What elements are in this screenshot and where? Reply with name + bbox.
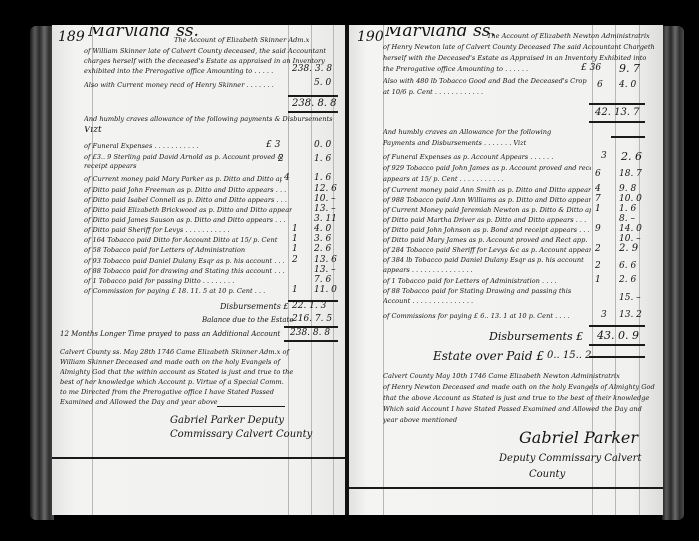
intro-line: The Account of Elizabeth Skinner Adm.x bbox=[174, 36, 309, 45]
pence-column-rule bbox=[639, 25, 640, 515]
total-rule bbox=[284, 340, 338, 342]
entry-shillings-pence: 11. 0 bbox=[314, 285, 337, 295]
intro-line: The Account of Elizabeth Newton Administ… bbox=[487, 32, 657, 41]
page-heading: Maryland ss. bbox=[385, 27, 496, 36]
total-rule bbox=[589, 344, 645, 346]
intro-amount: 5. 0 bbox=[314, 78, 331, 88]
entry-text: of 1 Tobacco paid for Letters of Adminis… bbox=[383, 277, 591, 286]
ledger-book-scan: 189 Maryland ss. The Account of Elizabet… bbox=[0, 0, 699, 541]
entry-shillings-pence: 1. 6 bbox=[314, 173, 331, 183]
balance-label: Balance due to the Estate bbox=[202, 316, 293, 325]
entry-text: of 384 lb Tobacco paid Daniel Dulany Esq… bbox=[383, 256, 591, 265]
intro-line: Also with 480 lb Tobacco Good and Bad th… bbox=[383, 77, 591, 86]
entry-text: of Funeral Expenses . . . . . . . . . . … bbox=[84, 142, 284, 151]
total-rule bbox=[288, 95, 338, 97]
entry-shillings-pence: 0. 0 bbox=[314, 140, 331, 150]
entry-text: of Current money paid Ann Smith as p. Di… bbox=[383, 186, 591, 195]
entry-text: of Funeral Expenses as p. Account Appear… bbox=[383, 153, 591, 162]
entry-shillings-pence: 12. 6 bbox=[314, 184, 337, 194]
intro-pounds: £ 36 bbox=[581, 63, 601, 73]
allowance-line: And humbly craves allowance of the follo… bbox=[84, 115, 334, 124]
entry-text: of 88 Tobacco paid for drawing and Stati… bbox=[84, 267, 292, 276]
entry-shillings-pence: 13. 2 bbox=[619, 310, 642, 320]
entry-shillings-pence: 18. 7 bbox=[619, 169, 642, 179]
entry-text: of 93 Tobacco paid Daniel Dulany Esqr as… bbox=[84, 257, 284, 266]
intro-amount: 238. 3. 8 bbox=[292, 64, 332, 74]
entry-pounds: 7 bbox=[595, 194, 601, 204]
intro-line: herself with the Deceased's Estate as Ap… bbox=[383, 54, 659, 63]
right-page: 190 Maryland ss. The Account of Elizabet… bbox=[349, 25, 663, 515]
disbursements-amount: 43. 0. 9 bbox=[597, 329, 639, 342]
entry-pounds: 2 bbox=[292, 255, 298, 265]
entry-text: of Ditto paid Martha Driver as p. Ditto … bbox=[383, 216, 591, 225]
entry-shillings-pence: 10. – bbox=[314, 194, 336, 204]
oath-line: Calvert County May 10th 1746 Came Elizab… bbox=[383, 372, 659, 381]
entry-text: appears at 15/ p. Cent . . . . . . . . .… bbox=[383, 175, 591, 184]
oath-line: of Henry Newton Deceased and made oath o… bbox=[383, 383, 659, 392]
entry-shillings-pence: 10. 0 bbox=[619, 194, 642, 204]
entry-pounds: 4 bbox=[595, 184, 601, 194]
entry-text: of 1 Tobacco paid for passing Ditto . . … bbox=[84, 277, 292, 286]
entry-pounds: 1 bbox=[595, 275, 601, 285]
entry-shillings-pence: 7. 6 bbox=[314, 275, 331, 285]
entry-text: of Current money paid Mary Parker as p. … bbox=[84, 175, 282, 184]
left-page-edges bbox=[30, 26, 54, 520]
longer-time-line: 12 Months Longer Time prayed to pass an … bbox=[60, 330, 288, 339]
entry-text: of 164 Tobacco paid Ditto for Account Di… bbox=[84, 236, 284, 245]
entry-shillings-pence: 1. 6 bbox=[314, 154, 331, 164]
total-rule bbox=[589, 325, 645, 327]
right-page-edges bbox=[662, 26, 684, 520]
entry-text: of Ditto paid John Freeman as p. Ditto a… bbox=[84, 186, 292, 195]
entry-text: Account . . . . . . . . . . . . . . . bbox=[383, 297, 591, 306]
entry-text: of Ditto paid James Sauson as p. Ditto a… bbox=[84, 216, 292, 225]
entry-shillings-pence: 2. 6 bbox=[314, 244, 331, 254]
entry-shillings-pence: 13. 6 bbox=[314, 255, 337, 265]
intro-line: at 10/6 p. Cent . . . . . . . . . . . . bbox=[383, 88, 583, 97]
entry-pounds: 3 bbox=[601, 151, 607, 161]
estate-overpaid-label: Estate over Paid £ bbox=[433, 348, 544, 364]
entry-shillings-pence: 9. 8 bbox=[619, 184, 636, 194]
allowance-line: And humbly craves an Allowance for the f… bbox=[383, 128, 583, 137]
flourish-rule bbox=[217, 406, 285, 407]
entry-shillings-pence: 1. 6 bbox=[619, 204, 636, 214]
entry-shillings-pence: 14. 0 bbox=[619, 224, 642, 234]
entry-text: of 88 Tobacco paid for Stating Drawing a… bbox=[383, 287, 591, 296]
entry-pounds: 1 bbox=[292, 224, 298, 234]
intro-pounds: 6 bbox=[597, 80, 603, 90]
page-number: 189 bbox=[58, 29, 85, 45]
allowance-line: Payments and Disbursements . . . . . . .… bbox=[383, 139, 603, 148]
oath-line: William Skinner Deceased and made oath o… bbox=[60, 358, 330, 367]
entry-pounds: 4 bbox=[284, 173, 290, 183]
intro-shillings-pence: 4. 0 bbox=[619, 80, 636, 90]
entry-text: of Ditto paid John Johnson as p. Bond an… bbox=[383, 226, 591, 235]
entry-text: of 58 Tobacco paid for Letters of Admini… bbox=[84, 246, 284, 255]
entry-text: of £3.. 9 Sterling paid David Arnold as … bbox=[84, 153, 284, 171]
entry-text: appears . . . . . . . . . . . . . . . bbox=[383, 266, 591, 275]
entry-text: of Ditto paid Sheriff for Levys . . . . … bbox=[84, 226, 284, 235]
entry-pounds: 6 bbox=[595, 169, 601, 179]
entry-shillings-pence: 3. 6 bbox=[314, 234, 331, 244]
disbursements-amount: 22. 1. 3 bbox=[292, 301, 326, 311]
total-rule bbox=[611, 136, 645, 138]
entry-text: of Current Money paid Jeremiah Newton as… bbox=[383, 206, 591, 215]
intro-line: of Henry Newton late of Calvert County D… bbox=[383, 43, 659, 52]
signature-name: Gabriel Parker Deputy bbox=[170, 415, 284, 426]
signature-title: County bbox=[529, 469, 565, 480]
intro-line: Also with Current money recd of Henry Sk… bbox=[84, 81, 284, 90]
intro-line: the Prerogative office Amounting to . . … bbox=[383, 65, 583, 74]
disbursements-label: Disbursements £ bbox=[489, 330, 583, 344]
page-number: 190 bbox=[357, 29, 384, 45]
total-rule bbox=[589, 103, 645, 105]
intro-line: exhibited into the Prerogative office Am… bbox=[84, 67, 284, 76]
estate-overpaid-amount: 0.. 15.. 2 bbox=[547, 350, 592, 361]
oath-line: Calvert County ss. May 28th 1746 Came El… bbox=[60, 348, 330, 357]
entry-shillings-pence: 2. 9 bbox=[619, 243, 638, 254]
intro-line: of William Skinner late of Calvert Count… bbox=[84, 47, 334, 56]
entry-pounds: 1 bbox=[595, 204, 601, 214]
entry-pounds: 1 bbox=[292, 244, 298, 254]
entry-text: of Commissions for paying £ 6.. 13. 1 at… bbox=[383, 312, 591, 321]
left-page: 189 Maryland ss. The Account of Elizabet… bbox=[52, 25, 346, 515]
entry-pounds: 9 bbox=[595, 224, 601, 234]
page-heading: Maryland ss. bbox=[88, 27, 199, 36]
oath-line: best of her knowledge which Account p. V… bbox=[60, 378, 330, 387]
entry-text: of 988 Tobacco paid Ann Williams as p. D… bbox=[383, 196, 591, 205]
page-end-rule bbox=[349, 487, 663, 489]
gross-total: 42. 13. 7 bbox=[595, 107, 640, 118]
oath-line: year above mentioned bbox=[383, 416, 583, 425]
oath-line: that the above Account as Stated is just… bbox=[383, 394, 659, 403]
entry-shillings-pence: 8. – bbox=[619, 214, 635, 224]
total-rule bbox=[589, 121, 645, 123]
entry-pounds: 2 bbox=[278, 154, 284, 164]
entry-shillings-pence: 2. 6 bbox=[619, 275, 636, 285]
entry-pounds: 3 bbox=[601, 310, 607, 320]
entry-text: of Ditto paid Mary James as p. Account p… bbox=[383, 236, 591, 245]
oath-line: Almighty God that the within account as … bbox=[60, 368, 330, 377]
entry-shillings-pence: 15. – bbox=[619, 293, 641, 303]
entry-pounds: £ 3 bbox=[266, 140, 280, 150]
longer-time-amount: 238. 8. 8 bbox=[290, 328, 330, 338]
entry-text: of Ditto paid Elizabeth Brickwood as p. … bbox=[84, 206, 292, 215]
total-rule bbox=[288, 111, 338, 113]
entry-text: of 929 Tobacco paid John James as p. Acc… bbox=[383, 164, 591, 173]
entry-shillings-pence: 6. 6 bbox=[619, 261, 636, 271]
disbursements-label: Disbursements £ bbox=[220, 302, 288, 311]
signature-title: Deputy Commissary Calvert bbox=[499, 453, 641, 464]
entry-text: of 284 Tobacco paid Sheriff for Levys &c… bbox=[383, 246, 591, 255]
entry-pounds: 2 bbox=[595, 244, 601, 254]
entry-shillings-pence: 4. 0 bbox=[314, 224, 331, 234]
entry-text: of Ditto paid Isabel Connell as p. Ditto… bbox=[84, 196, 292, 205]
entry-pounds: 2 bbox=[595, 261, 601, 271]
entry-shillings-pence: 13. – bbox=[314, 265, 336, 275]
entry-pounds: 1 bbox=[292, 285, 298, 295]
total-rule bbox=[589, 356, 645, 358]
gross-total: 238. 8. 8 bbox=[292, 98, 337, 109]
signature-title: Commissary Calvert County bbox=[170, 429, 312, 440]
entry-text: of Commission for paying £ 18. 11. 5 at … bbox=[84, 287, 284, 296]
allowance-line: Vizt bbox=[84, 126, 102, 135]
entry-shillings-pence: 3. 11 bbox=[314, 214, 337, 224]
entry-shillings-pence: 2. 6 bbox=[621, 150, 642, 163]
balance-amount: 216. 7. 5 bbox=[292, 314, 332, 324]
page-end-rule bbox=[52, 457, 346, 459]
oath-line: to me Directed from the Prerogative offi… bbox=[60, 388, 330, 397]
oath-line: Which said Account I have Stated Passed … bbox=[383, 405, 659, 414]
entry-shillings-pence: 13. – bbox=[314, 204, 336, 214]
entry-pounds: 1 bbox=[292, 234, 298, 244]
signature-name: Gabriel Parker bbox=[519, 428, 638, 447]
intro-shillings-pence: 9. 7 bbox=[619, 62, 640, 75]
